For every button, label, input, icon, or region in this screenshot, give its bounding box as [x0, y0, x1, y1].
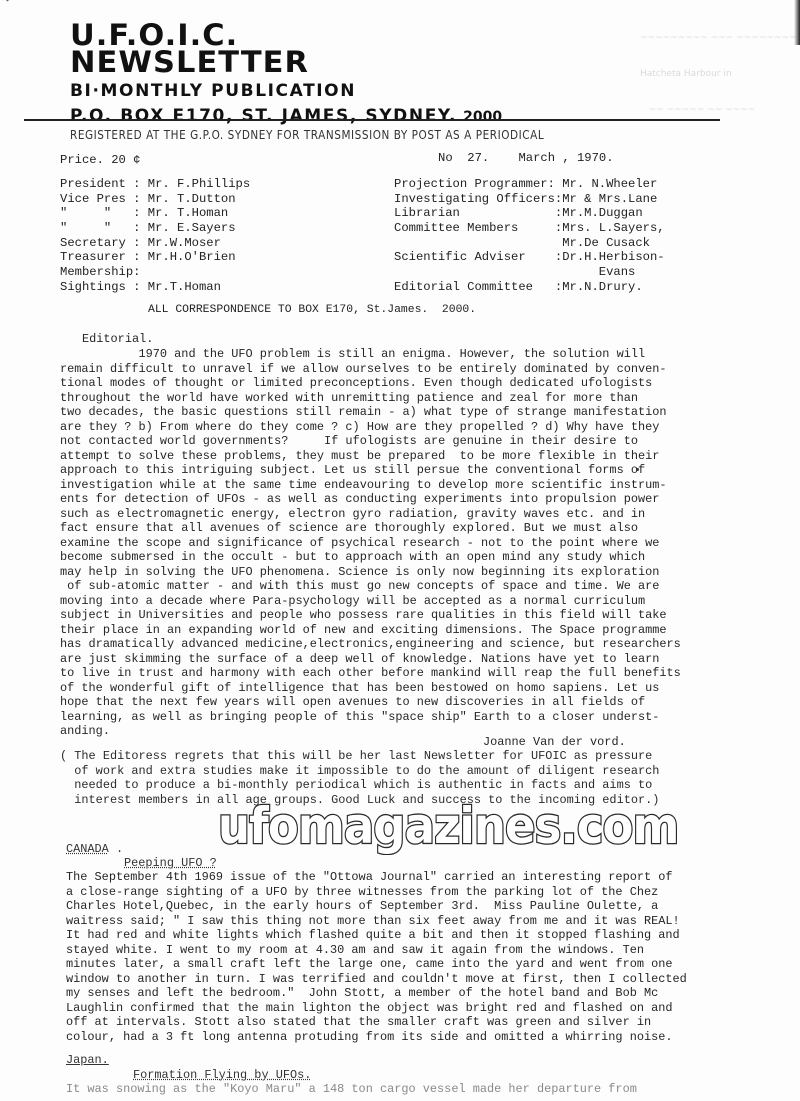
text-line: hope that the next few years will open a…: [60, 695, 681, 710]
officer-entry: Secretary : Mr.W.Moser: [60, 236, 250, 251]
article-title-formation-flying: Formation Flying by UFOs.: [133, 1068, 311, 1082]
officer-entry: Treasurer : Mr.H.O'Brien: [60, 250, 250, 265]
text-line: off at intervals. Stott also stated that…: [66, 1015, 687, 1030]
publication-frequency: BI·MONTHLY PUBLICATION: [70, 82, 502, 101]
text-line: approach to this intriguing subject. Let…: [60, 463, 681, 478]
text-line: ents for detection of UFOs - as well as …: [60, 492, 681, 507]
text-line: learning, as well as bringing people of …: [60, 710, 681, 725]
officer-entry: Librarian :Mr.M.Duggan: [394, 206, 665, 221]
text-line: subject in Universities and people who p…: [60, 608, 681, 623]
officer-entry: Committee Members :Mrs. L.Sayers,: [394, 221, 665, 236]
text-line: The September 4th 1969 issue of the "Ott…: [66, 870, 687, 885]
text-line: of the wonderful gift of intelligence th…: [60, 681, 681, 696]
scan-mark: [6, 0, 21, 2]
officer-entry: Membership:: [60, 265, 250, 280]
officers-list-left: President : Mr. F.PhillipsVice Pres : Mr…: [60, 177, 250, 295]
officer-entry: Scientific Adviser :Dr.H.Herbison-: [394, 250, 665, 265]
section-canada-heading: CANADA .: [66, 842, 123, 856]
text-line: may help in solving the UFO phenomena. S…: [60, 565, 681, 580]
text-line: my senses and left the bedroom." John St…: [66, 986, 687, 1001]
article-body-japan: It was snowing as the "Koyo Maru" a 148 …: [66, 1082, 637, 1097]
text-line: 1970 and the UFO problem is still an eni…: [60, 347, 681, 362]
officer-entry: Vice Pres : Mr. T.Dutton: [60, 192, 250, 207]
text-line: It had red and white lights which flashe…: [66, 928, 687, 943]
text-line: moving into a decade where Para-psycholo…: [60, 594, 681, 609]
watermark: ufomagazines.com: [218, 798, 679, 854]
text-line: to live in trust and harmony with each o…: [60, 666, 681, 681]
text-line: fact ensure that all avenues of science …: [60, 521, 681, 536]
masthead: U.F.O.I.C. NEWSLETTER BI·MONTHLY PUBLICA…: [70, 22, 502, 127]
text-line: colour, had a 3 ft long antenna protudin…: [66, 1030, 687, 1045]
correspondence-address: ALL CORRESPONDENCE TO BOX E170, St.James…: [148, 303, 476, 318]
text-line: investigation while at the same time end…: [60, 478, 681, 493]
text-line: needed to produce a bi-monthly periodica…: [60, 778, 659, 793]
text-line: remain difficult to unravel if we allow …: [60, 362, 681, 377]
text-line: not contacted world governments? If ufol…: [60, 434, 681, 449]
text-line: attempt to solve these problems, they mu…: [60, 449, 681, 464]
editorial-signature: Joanne Van der vord.: [483, 735, 626, 749]
text-line: of work and extra studies make it imposs…: [60, 764, 659, 779]
text-line: has dramatically advanced medicine,elect…: [60, 637, 681, 652]
officer-entry: Investigating Officers:Mr & Mrs.Lane: [394, 192, 665, 207]
editorial-heading: Editorial.: [82, 332, 153, 347]
officer-entry: Projection Programmer: Mr. N.Wheeler: [394, 177, 665, 192]
text-line: are they ? b) From where do they come ? …: [60, 420, 681, 435]
postal-address: P.O. BOX E170, ST. JAMES, SYDNEY.2000: [70, 107, 502, 127]
text-line: two decades, the basic questions still r…: [60, 405, 681, 420]
text-line: stayed white. I went to my room at 4.30 …: [66, 943, 687, 958]
newsletter-title: NEWSLETTER: [70, 49, 524, 76]
officer-entry: President : Mr. F.Phillips: [60, 177, 250, 192]
text-line: a close-range sighting of a UFO by three…: [66, 885, 687, 900]
officer-entry: Mr.De Cusack: [394, 236, 665, 251]
speck: [636, 468, 639, 471]
text-line: are just skimming the surface of a deep …: [60, 652, 681, 667]
text-line: tional modes of thought or limited preco…: [60, 376, 681, 391]
text-line: minutes later, a small craft left the la…: [66, 957, 687, 972]
newsletter-page: ~~~~~~~~~ ~~~ ~~~~~~~~ Hatcheta Harbour …: [0, 0, 800, 1101]
text-line: Laughlin confirmed that the main lighton…: [66, 1001, 687, 1016]
text-line: Charles Hotel,Quebec, in the early hours…: [66, 899, 687, 914]
officer-entry: " " : Mr. E.Sayers: [60, 221, 250, 236]
text-line: It was snowing as the "Koyo Maru" a 148 …: [66, 1082, 637, 1097]
officer-entry: " " : Mr. T.Homan: [60, 206, 250, 221]
text-line: of sub-atomic matter - and with this mus…: [60, 579, 681, 594]
officer-entry: Editorial Committee :Mr.N.Drury.: [394, 280, 665, 295]
officer-entry: Evans: [394, 265, 665, 280]
text-line: become submersed in the occult - but to …: [60, 550, 681, 565]
text-line: waitress said; " I saw this thing not mo…: [66, 914, 687, 929]
officers-list-right: Projection Programmer: Mr. N.WheelerInve…: [394, 177, 665, 295]
postcode: 2000: [463, 109, 502, 125]
text-line: throughout the world have worked with un…: [60, 391, 681, 406]
editorial-body: 1970 and the UFO problem is still an eni…: [60, 347, 681, 739]
officer-entry: Sightings : Mr.T.Homan: [60, 280, 250, 295]
price: Price. 20 ¢: [60, 153, 140, 168]
section-japan-heading: Japan.: [66, 1053, 109, 1067]
article-body-canada: The September 4th 1969 issue of the "Ott…: [66, 870, 687, 1044]
text-line: window to another in turn. I was terrifi…: [66, 972, 687, 987]
bleed-through-text: ~~~~~~~~~ ~~~ ~~~~~~~~ Hatcheta Harbour …: [640, 8, 790, 68]
article-title-peeping-ufo: Peeping UFO ?: [124, 856, 217, 870]
text-line: their place in an expanding world of new…: [60, 623, 681, 638]
text-line: examine the scope and significance of ps…: [60, 536, 681, 551]
header-divider: [24, 119, 720, 121]
registration-notice: REGISTERED AT THE G.P.O. SYDNEY FOR TRAN…: [70, 127, 544, 142]
issue-number-date: No 27. March , 1970.: [438, 151, 614, 166]
text-line: ( The Editoress regrets that this will b…: [60, 749, 659, 764]
text-line: such as electromagnetic energy, electron…: [60, 507, 681, 522]
